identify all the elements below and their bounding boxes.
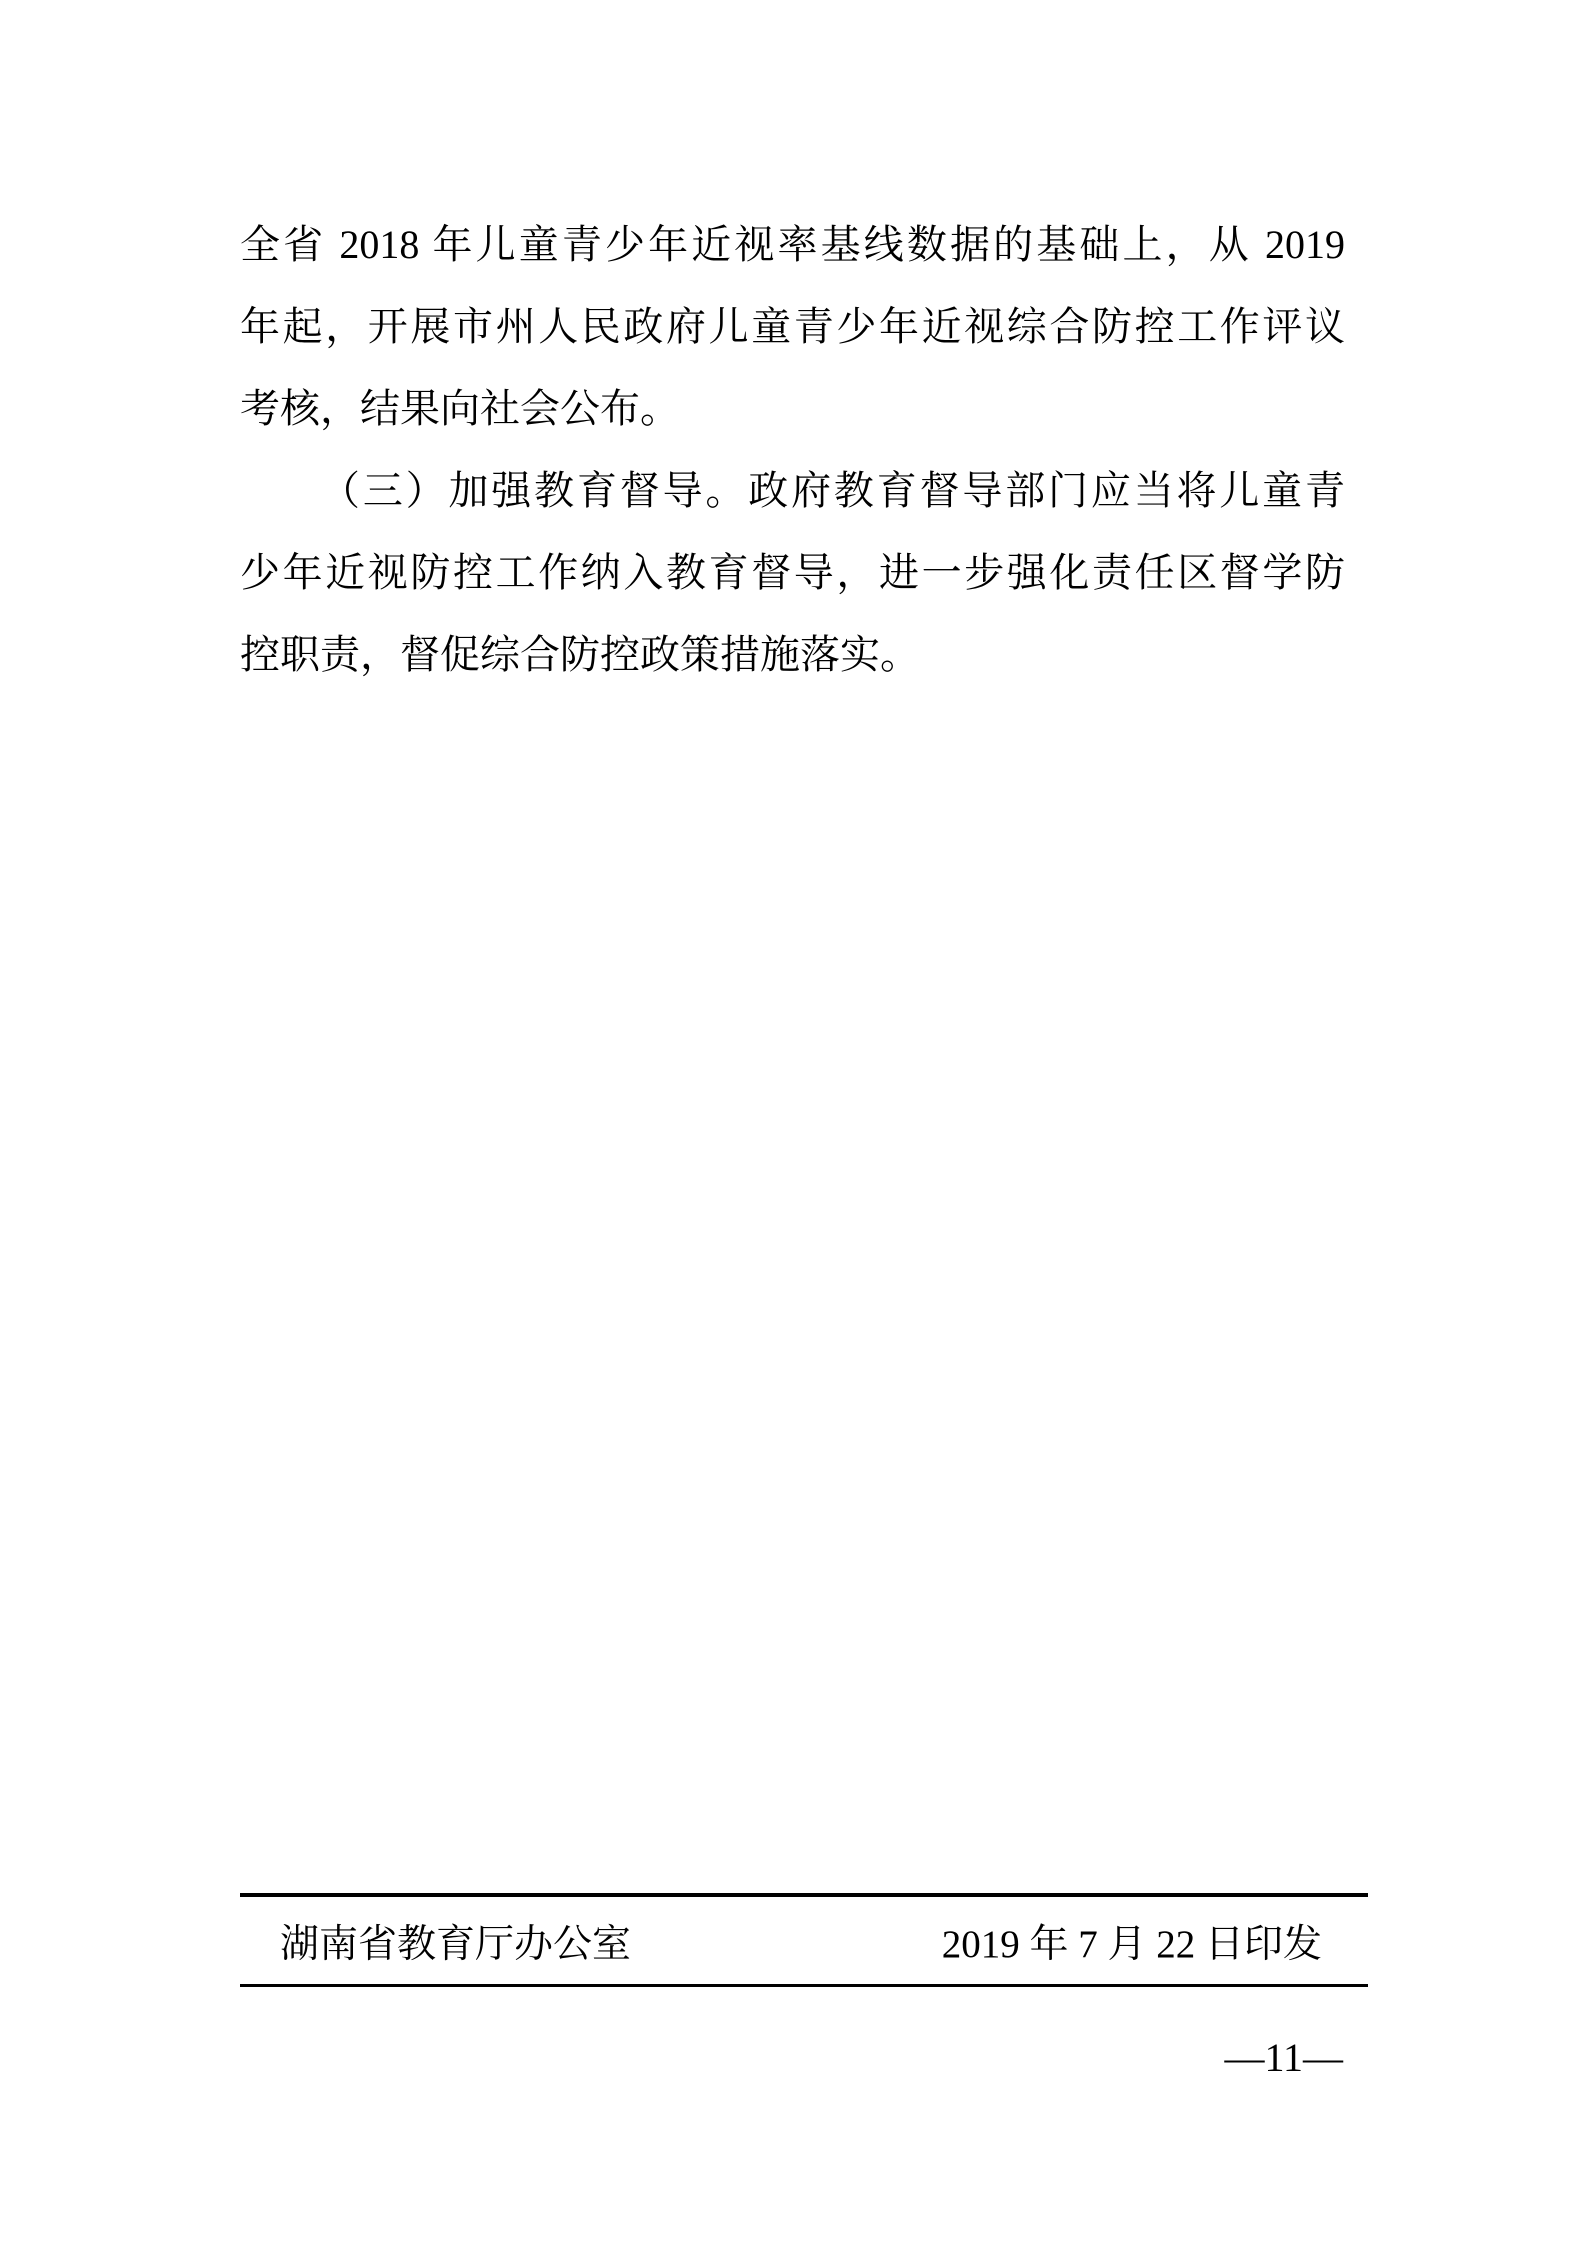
- body-line-2: 年起，开展市州人民政府儿童青少年近视综合防控工作评议: [240, 286, 1345, 368]
- print-date-label: 2019 年 7 月 22 日印发: [942, 1913, 1322, 1969]
- issuing-office-label: 湖南省教育厅办公室: [280, 1913, 631, 1969]
- body-line-4-text: 政府教育督导部门应当将儿童青: [748, 468, 1345, 513]
- body-line-6: 控职责，督促综合防控政策措施落实。: [240, 614, 1345, 696]
- colophon: 湖南省教育厅办公室 2019 年 7 月 22 日印发: [240, 1893, 1368, 1987]
- clause-heading: （三）加强教育督导。: [320, 468, 748, 513]
- body-line-5: 少年近视防控工作纳入教育督导，进一步强化责任区督学防: [240, 532, 1345, 614]
- body-line-4: （三）加强教育督导。政府教育督导部门应当将儿童青: [240, 450, 1345, 532]
- body-line-1: 全省 2018 年儿童青少年近视率基线数据的基础上，从 2019: [240, 204, 1345, 286]
- colophon-row: 湖南省教育厅办公室 2019 年 7 月 22 日印发: [240, 1897, 1368, 1984]
- document-page: 全省 2018 年儿童青少年近视率基线数据的基础上，从 2019 年起，开展市州…: [0, 0, 1587, 2245]
- colophon-bottom-rule: [240, 1984, 1368, 1987]
- page-number: —11—: [1224, 2036, 1343, 2080]
- document-body: 全省 2018 年儿童青少年近视率基线数据的基础上，从 2019 年起，开展市州…: [240, 204, 1345, 696]
- body-line-3: 考核，结果向社会公布。: [240, 368, 1345, 450]
